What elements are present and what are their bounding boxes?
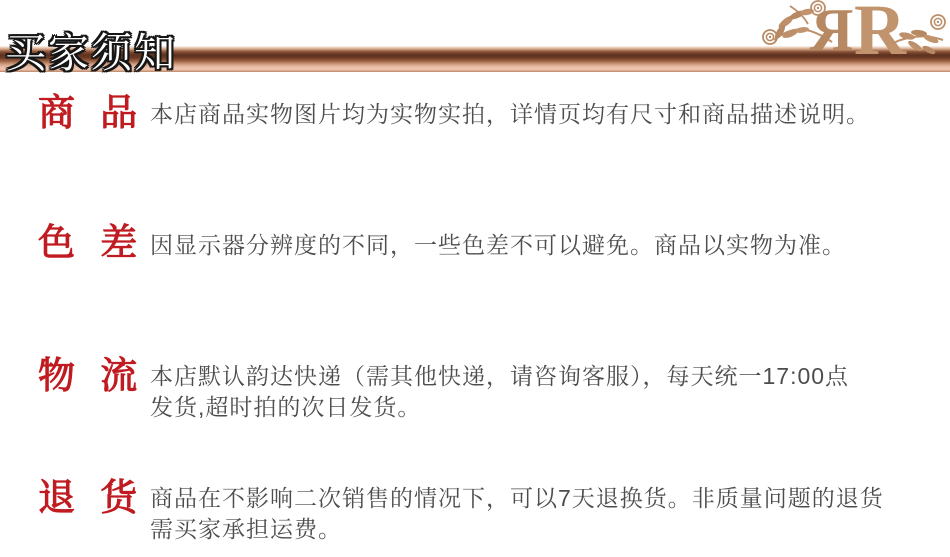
section-label-logistics: 物 流 bbox=[38, 356, 137, 396]
section-text-logistics: 本店默认韵达快递（需其他快递，请咨询客服），每天统一17:00点 发货,超时拍的… bbox=[150, 361, 930, 423]
page-title: 买家须知 bbox=[5, 20, 177, 79]
section-text-product: 本店商品实物图片均为实物实拍，详情页均有尺寸和商品描述说明。 bbox=[150, 99, 930, 130]
floral-branch-right-icon bbox=[889, 6, 947, 58]
brand-logo: R R bbox=[762, 0, 947, 72]
section-label-product: 商 品 bbox=[38, 93, 137, 133]
section-label-color-difference: 色 差 bbox=[38, 223, 137, 263]
logo-letter-mirrored-r: R bbox=[810, 0, 853, 60]
section-text-color-difference: 因显示器分辨度的不同，一些色差不可以避免。商品以实物为准。 bbox=[150, 230, 930, 261]
section-text-returns: 商品在不影响二次销售的情况下，可以7天退换货。非质量问题的退货 需买家承担运费。 bbox=[150, 483, 930, 545]
buyer-notice-page: 买家须知 R R bbox=[0, 0, 950, 557]
section-label-returns: 退 货 bbox=[38, 478, 137, 518]
